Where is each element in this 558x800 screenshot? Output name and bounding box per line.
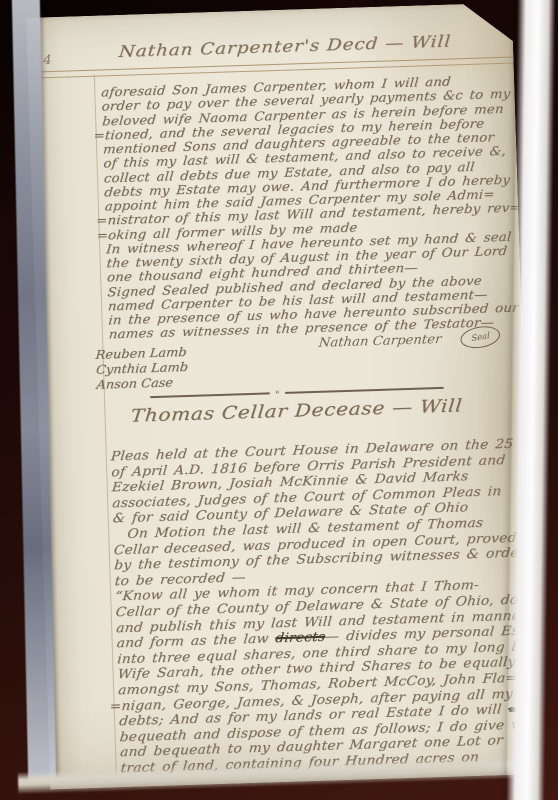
ledger-page: 4 Nathan Carpenter's Decd — Will aforesa… — [26, 3, 536, 790]
body-text-2: Pleas held at the Court House in Delawar… — [110, 437, 526, 777]
will-title-1: Nathan Carpenter's Decd — Will — [68, 30, 502, 63]
will-title-2: Thomas Cellar Decease — Will — [80, 395, 514, 429]
body-text-1: aforesaid Son James Carpenter, whom I wi… — [100, 73, 510, 342]
witness-list: Reuben LambCynthia LambAnson Case — [94, 345, 181, 393]
struck-text: directs — [275, 630, 326, 647]
divider-line-right — [284, 387, 443, 394]
photo-background: 4 Nathan Carpenter's Decd — Will aforesa… — [0, 0, 558, 800]
divider-mark: " — [275, 393, 280, 399]
text-line: Anson Case — [96, 375, 189, 393]
divider-line-left — [150, 393, 270, 398]
testator-signature: Nathan Carpenter — [318, 331, 442, 350]
page-number: 4 — [43, 53, 52, 68]
seal-label: Seal — [471, 331, 490, 344]
